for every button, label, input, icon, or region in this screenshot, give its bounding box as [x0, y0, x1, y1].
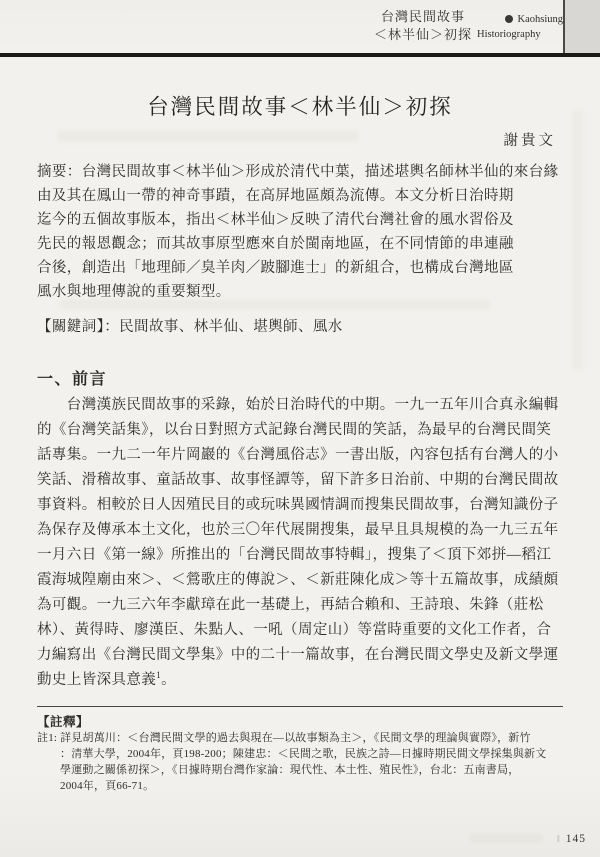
body-line: 力編寫出《台灣民間文學集》中的二十一篇故事，在台灣民間文學史及新文學運	[37, 643, 567, 668]
abstract-line: 風水與地理傳說的重要類型。	[37, 280, 567, 304]
running-title: 台灣民間故事 ＜林半仙＞初探	[360, 8, 486, 44]
note-line: ：清華大學，2004年，頁198-200；陳建忠：＜民間之歌，民族之詩—日據時期…	[37, 746, 567, 762]
notes-rule	[37, 706, 563, 707]
page-number-mark-icon: ‖	[557, 834, 561, 845]
body-line: 的《台灣笑話集》，以台日對照方式記錄台灣民間的笑話，為最早的台灣民間笑	[37, 418, 567, 443]
note-line: 註1: 詳見胡萬川：＜台灣民間文學的過去與現在—以故事類為主＞，《民間文學的理論…	[37, 730, 567, 746]
body-line: 林）、黃得時、廖漢臣、朱點人、一吼（周定山）等當時重要的文化工作者，合	[37, 618, 567, 643]
body-line-last: 動史上皆深具意義1。	[37, 668, 567, 693]
header-vertical-rule	[563, 0, 565, 53]
abstract: 摘要：台灣民間故事＜林半仙＞形成於清代中葉，描述堪輿名師林半仙的來台緣 由及其在…	[37, 160, 567, 304]
journal-name-line2: Historiography	[477, 27, 563, 42]
scan-showthrough-artifact	[572, 110, 584, 370]
abstract-line: 摘要：台灣民間故事＜林半仙＞形成於清代中葉，描述堪輿名師林半仙的來台緣	[37, 160, 567, 184]
header-rule	[0, 53, 600, 57]
note-line: 學運動之關係初探＞，《日據時期台灣作家論：現代性、本土性、殖民性》，台北：五南書…	[37, 762, 567, 778]
abstract-line: 迄今的五個故事版本，指出＜林半仙＞反映了清代台灣社會的風水習俗及	[37, 208, 567, 232]
body-line: 話專集。一九二一年片岡巖的《台灣風俗志》一書出版，內容包括有台灣人的小	[37, 443, 567, 468]
abstract-line: 由及其在鳳山一帶的神奇事蹟，在高屏地區頗為流傳。本文分析日治時期	[37, 184, 567, 208]
notes-heading: 【註釋】	[37, 712, 89, 730]
page-corner-shade	[565, 0, 600, 53]
page-number-value: 145	[566, 833, 586, 845]
article-title: 台灣民間故事＜林半仙＞初探	[0, 90, 600, 121]
scan-showthrough-artifact	[470, 834, 542, 842]
body-line-last-text: 動史上皆深具意義	[37, 672, 156, 688]
notes-block: 註1: 詳見胡萬川：＜台灣民間文學的過去與現在—以故事類為主＞，《民間文學的理論…	[37, 730, 567, 794]
keywords-line: 【關鍵詞】：民間故事、林半仙、堪輿師、風水	[37, 315, 343, 336]
body-line: 為保存及傳承本土文化，也於三〇年代展開搜集，最早且具規模的為一九三五年	[37, 518, 567, 543]
journal-logo-icon	[505, 15, 513, 23]
body-line: 一月六日《第一線》所推出的「台灣民間故事特輯」，搜集了＜頂下郊拼—稻江	[37, 543, 567, 568]
section-heading: 一、前言	[37, 366, 107, 389]
body-line: 台灣漢族民間故事的采錄，始於日治時代的中期。一九一五年川合真永編輯	[37, 393, 567, 418]
section-body: 台灣漢族民間故事的采錄，始於日治時代的中期。一九一五年川合真永編輯 的《台灣笑話…	[37, 393, 567, 693]
body-line: 為可觀。一九三六年李獻璋在此一基礎上，再結合賴和、王詩琅、朱鋒（莊松	[37, 593, 567, 618]
note-line: 2004年，頁66-71。	[37, 778, 567, 794]
running-title-line1: 台灣民間故事	[360, 8, 486, 26]
body-line: 笑話、滑稽故事、童話故事、故事怪譚等，留下許多日治前、中期的台灣民間故	[37, 468, 567, 493]
scan-showthrough-artifact	[58, 131, 358, 142]
scanned-page: 台灣民間故事 ＜林半仙＞初探 Kaohsiung Historiography …	[0, 0, 600, 857]
running-title-line2: ＜林半仙＞初探	[360, 26, 486, 44]
journal-name: Kaohsiung Historiography	[477, 12, 563, 42]
journal-name-text1: Kaohsiung	[518, 14, 564, 25]
page-number: ‖145	[557, 833, 586, 845]
abstract-line: 合後，創造出「地理師／臭羊肉／跛腳進士」的新組合，也構成台灣地區	[37, 256, 567, 280]
body-line: 事資料。相較於日人因殖民目的或玩味異國情調而搜集民間故事，台灣知識份子	[37, 493, 567, 518]
journal-name-line1: Kaohsiung	[477, 12, 563, 27]
abstract-line: 先民的報恩觀念；而其故事原型應來自於閩南地區，在不同情節的串連融	[37, 232, 567, 256]
body-line-last-period: 。	[161, 672, 176, 688]
author-name: 謝貴文	[504, 129, 557, 150]
body-line: 霞海城隍廟由來＞、＜鶯歌庄的傳說＞、＜新莊陳化成＞等十五篇故事，成績頗	[37, 568, 567, 593]
